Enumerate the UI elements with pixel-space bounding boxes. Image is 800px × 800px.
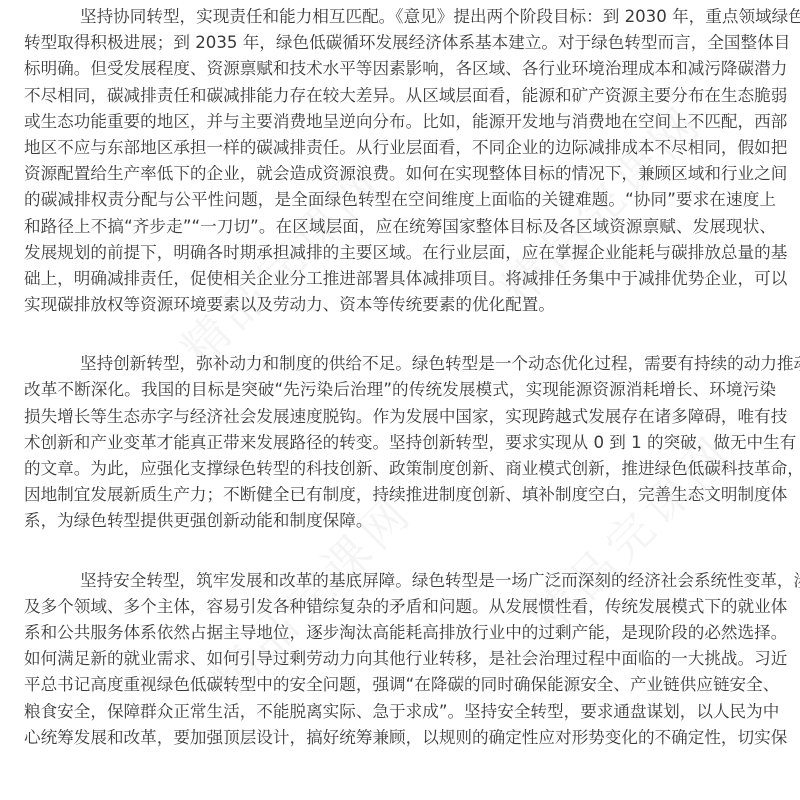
text-line: 改革不断深化。我国的目标是突破“先污染后治理”的传统发展模式，实现能源资源消耗增… bbox=[24, 377, 776, 403]
text-line: 损失增长等生态赤字与经济社会发展速度脱钩。作为发展中国家，实现跨越式发展存在诸多… bbox=[24, 404, 776, 430]
text-line: 及多个领域、多个主体，容易引发各种错综复杂的矛盾和问题。从发展惯性看，传统发展模… bbox=[24, 594, 776, 620]
text-line: 坚持协同转型，实现责任和能力相互匹配。《意见》提出两个阶段目标：到 2030 年… bbox=[24, 4, 776, 30]
text-line: 和路径上不搞“齐步走”“一刀切”。在区域层面，应在统筹国家整体目标及各区域资源禀… bbox=[24, 214, 776, 240]
text-line: 术创新和产业变革才能真正带来发展路径的转变。坚持创新转型，要求实现从 0 到 1… bbox=[24, 430, 776, 456]
text-line: 坚持创新转型，弥补动力和制度的供给不足。绿色转型是一个动态优化过程，需要有持续的… bbox=[24, 351, 776, 377]
text-line: 发展规划的前提下，明确各时期承担减排的主要区域。在行业层面，应在掌握企业能耗与碳… bbox=[24, 240, 776, 266]
text-line: 资源配置给生产率低下的企业，就会造成资源浪费。如何在实现整体目标的情况下，兼顾区… bbox=[24, 161, 776, 187]
text-line: 础上，明确减排责任，促使相关企业分工推进部署具体减排项目。将减排任务集中于减排优… bbox=[24, 266, 776, 292]
article-body: 坚持协同转型，实现责任和能力相互匹配。《意见》提出两个阶段目标：到 2030 年… bbox=[24, 4, 776, 784]
text-line: 或生态功能重要的地区，并与主要消费地呈逆向分布。比如，能源开发地与消费地在空间上… bbox=[24, 109, 776, 135]
text-line: 心统筹发展和改革，要加强顶层设计，搞好统筹兼顾，以规则的确定性应对形势变化的不确… bbox=[24, 725, 776, 751]
text-line: 如何满足新的就业需求、如何引导过剩劳动力向其他行业转移，是社会治理过程中面临的一… bbox=[24, 646, 776, 672]
text-line: 坚持安全转型，筑牢发展和改革的基底屏障。绿色转型是一场广泛而深刻的经济社会系统性… bbox=[24, 568, 776, 594]
text-line: 实现碳排放权等资源环境要素以及劳动力、资本等传统要素的优化配置。 bbox=[24, 292, 776, 318]
text-line: 平总书记高度重视绿色低碳转型中的安全问题，强调“在降碳的同时确保能源安全、产业链… bbox=[24, 672, 776, 698]
text-line: 的碳减排权责分配与公平性问题，是全面绿色转型在空间维度上面临的关键难题。“协同”… bbox=[24, 187, 776, 213]
paragraph-synergy: 坚持协同转型，实现责任和能力相互匹配。《意见》提出两个阶段目标：到 2030 年… bbox=[24, 4, 776, 318]
text-line: 不尽相同，碳减排责任和碳减排能力存在较大差异。从区域层面看，能源和矿产资源主要分… bbox=[24, 83, 776, 109]
paragraph-innovation: 坚持创新转型，弥补动力和制度的供给不足。绿色转型是一个动态优化过程，需要有持续的… bbox=[24, 351, 776, 534]
text-line: 标明确。但受发展程度、资源禀赋和技术水平等因素影响，各区域、各行业环境治理成本和… bbox=[24, 56, 776, 82]
text-line: 转型取得积极进展；到 2035 年，绿色低碳循环发展经济体系基本建立。对于绿色转… bbox=[24, 30, 776, 56]
text-line: 的文章。为此，应强化支撑绿色转型的科技创新、政策制度创新、商业模式创新，推进绿色… bbox=[24, 456, 776, 482]
text-line: 系和公共服务体系依然占据主导地位，逐步淘汰高能耗高排放行业中的过剩产能，是现阶段… bbox=[24, 620, 776, 646]
document-page: 精品完课网 精品完课网 精品完课网 精品完课网 坚持协同转型，实现责任和能力相互… bbox=[0, 0, 800, 800]
text-line: 因地制宜发展新质生产力；不断健全已有制度，持续推进制度创新、填补制度空白，完善生… bbox=[24, 482, 776, 508]
text-line: 系，为绿色转型提供更强创新动能和制度保障。 bbox=[24, 508, 776, 534]
text-line: 粮食安全，保障群众正常生活，不能脱离实际、急于求成”。坚持安全转型，要求通盘谋划… bbox=[24, 699, 776, 725]
paragraph-security: 坚持安全转型，筑牢发展和改革的基底屏障。绿色转型是一场广泛而深刻的经济社会系统性… bbox=[24, 568, 776, 751]
text-line: 地区不应与东部地区承担一样的碳减排责任。从行业层面看，不同企业的边际减排成本不尽… bbox=[24, 135, 776, 161]
